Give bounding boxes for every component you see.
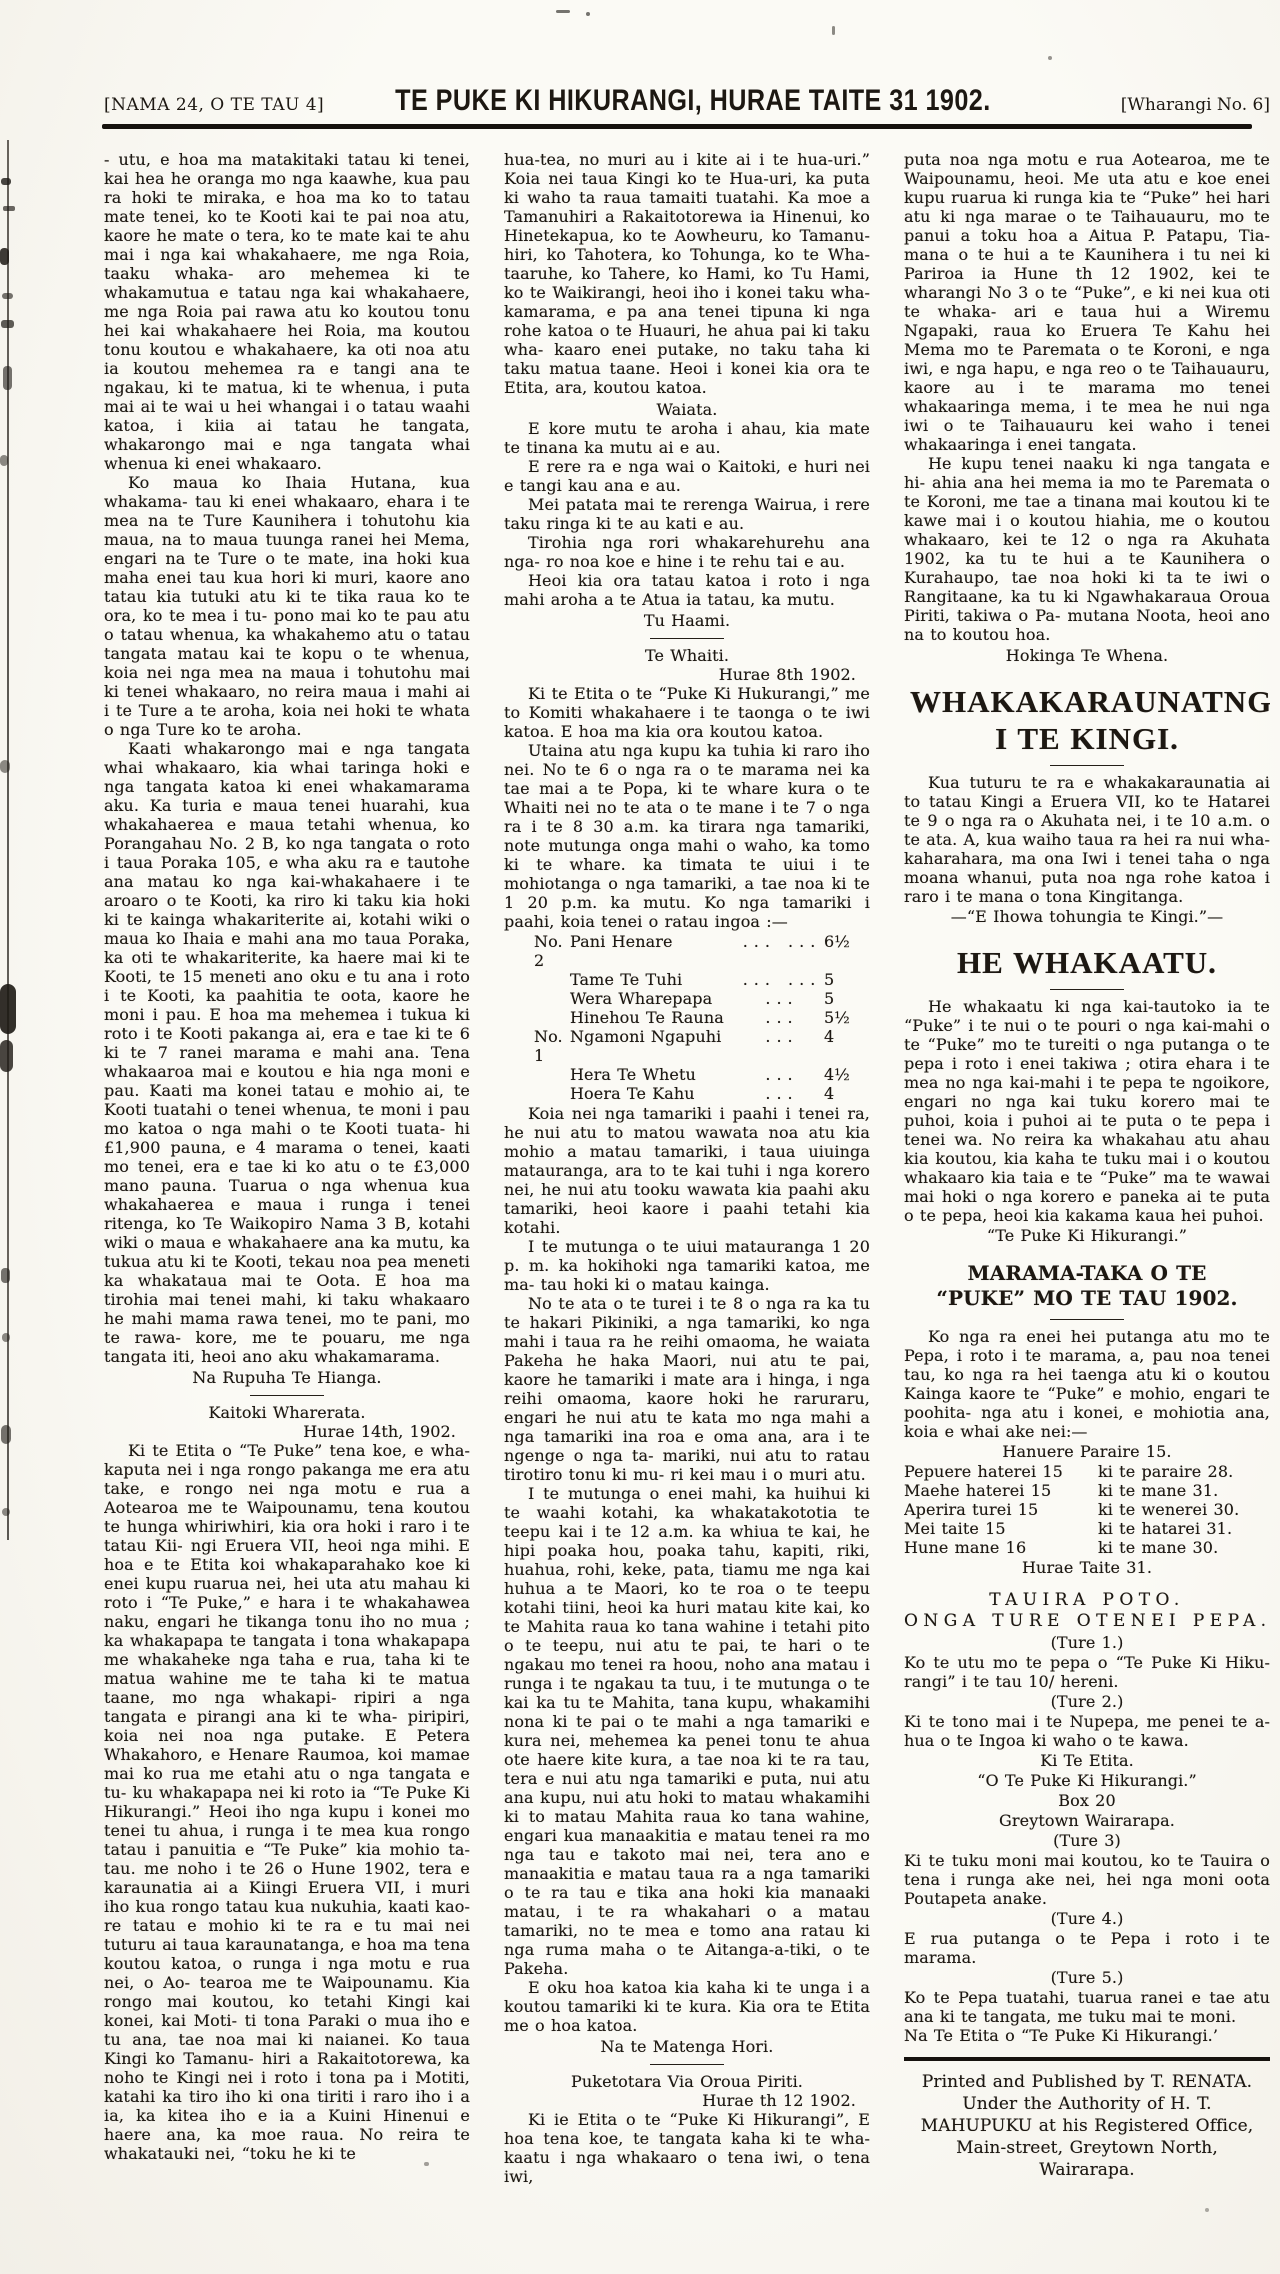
calendar-table: Pepuere haterei 15ki te paraire 28.Maehe…	[904, 1462, 1270, 1557]
score-score: 5	[824, 989, 870, 1008]
calendar-row: Aperira turei 15ki te wenerei 30.	[904, 1500, 1270, 1519]
column-3: puta noa nga motu e rua Aotearoa, me te …	[904, 150, 1270, 2200]
newspaper-title: TE PUKE KI HIKURANGI, HURAE TAITE 31 190…	[395, 84, 990, 118]
divider-rule	[250, 1395, 324, 1396]
score-dots: ...	[740, 1084, 824, 1103]
article-paragraph: Ki te Etita o te “Puke Ki Hukurangi,” me…	[504, 684, 870, 741]
imprint-rule	[904, 2057, 1270, 2061]
calendar-row: Pepuere haterei 15ki te paraire 28.	[904, 1462, 1270, 1481]
score-name: Hoera Te Kahu	[570, 1084, 740, 1103]
article-paragraph: - utu, e hoa ma matakitaki tatau ki tene…	[104, 150, 470, 473]
imprint: Printed and Published by T. RENATA. Unde…	[906, 2071, 1268, 2181]
page-number: [Wharangi No. 6]	[1060, 95, 1270, 115]
divider-rule	[1050, 989, 1124, 990]
divider-rule	[650, 2064, 724, 2065]
score-score: 4	[824, 1027, 870, 1046]
score-table: No. 2Pani Henare... ...6½Tame Te Tuhi...…	[512, 932, 870, 1103]
article-paragraph: puta noa nga motu e rua Aotearoa, me te …	[904, 150, 1270, 454]
article-heading: Waiata.	[504, 400, 870, 419]
scan-edge-line	[7, 140, 9, 1540]
score-name: Wera Wharepapa	[570, 989, 740, 1008]
calendar-left: Hune mane 16	[904, 1538, 1098, 1557]
score-no: No. 2	[512, 932, 570, 970]
article-paragraph: I te mutunga o te uiui matauranga 1 20 p…	[504, 1237, 870, 1294]
dateline: Hurae th 12 1902.	[504, 2091, 870, 2110]
byline: Na te Matenga Hori.	[504, 2037, 870, 2056]
score-score: 6½	[824, 932, 870, 951]
rule-label: (Ture 4.)	[904, 1909, 1270, 1928]
newspaper-page: [NAMA 24, O TE TAU 4] TE PUKE KI HIKURAN…	[0, 0, 1280, 2274]
score-name: Pani Henare	[570, 932, 740, 951]
dateline: Hurae 14th, 1902.	[104, 1422, 470, 1441]
issue-number: [NAMA 24, O TE TAU 4]	[104, 95, 334, 115]
scan-artifact	[1205, 2208, 1209, 2212]
score-dots: ... ...	[740, 970, 824, 989]
article-paragraph: Utaina atu nga kupu ka tuhia ki raro iho…	[504, 741, 870, 931]
column-2: hua-tea, no muri au i kite ai i te hua-u…	[504, 150, 870, 2200]
score-score: 4	[824, 1084, 870, 1103]
rule-label: (Ture 2.)	[904, 1692, 1270, 1711]
score-row: Hinehou Te Rauna...5½	[512, 1008, 870, 1027]
section-heading: ONGA TURE OTENEI PEPA.	[904, 1612, 1270, 1631]
rule-label: (Ture 1.)	[904, 1633, 1270, 1652]
calendar-right: ki te hatarei 31.	[1098, 1519, 1270, 1538]
article-paragraph: Mei patata mai te rerenga Wairua, i rere…	[504, 495, 870, 533]
calendar-row: Mei taite 15ki te hatarei 31.	[904, 1519, 1270, 1538]
article-paragraph: Kaati whakarongo mai e nga tangata whai …	[104, 739, 470, 1366]
scan-artifact	[832, 26, 835, 35]
newspaper-title-wrap: TE PUKE KI HIKURANGI, HURAE TAITE 31 190…	[334, 84, 1060, 118]
article-paragraph: Ki te tono mai i te Nupepa, me penei te …	[904, 1712, 1270, 1750]
article-columns: - utu, e hoa ma matakitaki tatau ki tene…	[104, 150, 1270, 2200]
calendar-left: Maehe haterei 15	[904, 1481, 1098, 1500]
article-paragraph: Ko nga ra enei hei putanga atu mo te Pep…	[904, 1327, 1270, 1441]
section-heading: TAUIRA POTO.	[904, 1591, 1270, 1610]
score-row: Tame Te Tuhi... ...5	[512, 970, 870, 989]
scan-artifact	[586, 12, 590, 16]
article-paragraph: Ko te Pepa tuatahi, tuarua ranei e tae a…	[904, 1988, 1270, 2026]
score-name: Hera Te Whetu	[570, 1065, 740, 1084]
score-dots: ... ...	[740, 932, 824, 951]
article-paragraph: E rua putanga o te Pepa i roto i te mara…	[904, 1929, 1270, 1967]
section-heading: MARAMA-TAKA O TE “PUKE” MO TE TAU 1902.	[930, 1261, 1244, 1311]
divider-rule	[1050, 765, 1124, 766]
score-dots: ...	[740, 1027, 824, 1046]
calendar-row: Maehe haterei 15ki te mane 31.	[904, 1481, 1270, 1500]
center-line: Ki Te Etita.	[904, 1751, 1270, 1770]
center-line: Hanuere Paraire 15.	[904, 1442, 1270, 1461]
article-paragraph: Ki te Etita o “Te Puke” tena koe, e wha-…	[104, 1441, 470, 2163]
article-heading: Te Whaiti.	[504, 646, 870, 665]
article-paragraph: Ko te utu mo te pepa o “Te Puke Ki Hiku-…	[904, 1653, 1270, 1691]
article-paragraph: He whakaatu ki nga kai-tautoko ia te “Pu…	[904, 997, 1270, 1225]
score-score: 4½	[824, 1065, 870, 1084]
article-paragraph: E rere ra e nga wai o Kaitoki, e huri ne…	[504, 457, 870, 495]
score-name: Ngamoni Ngapuhi	[570, 1027, 740, 1046]
section-heading: WHAKAKARAUNATNGA I TE KINGI.	[910, 683, 1264, 757]
score-dots: ...	[740, 1008, 824, 1027]
score-row: No. 2Pani Henare... ...6½	[512, 932, 870, 970]
byline: Hokinga Te Whena.	[904, 646, 1270, 665]
scan-artifact	[1048, 56, 1052, 60]
article-paragraph: Tirohia nga rori whakarehurehu ana nga- …	[504, 533, 870, 571]
center-line: Greytown Wairarapa.	[904, 1811, 1270, 1830]
article-paragraph: Ki te tuku moni mai koutou, ko te Tauira…	[904, 1851, 1270, 1908]
rule-label: (Ture 3)	[904, 1831, 1270, 1850]
article-paragraph: Ko maua ko Ihaia Hutana, kua whakama- ta…	[104, 473, 470, 739]
article-paragraph: Ki ie Etita o te “Puke Ki Hikurangi”, E …	[504, 2110, 870, 2186]
score-dots: ...	[740, 989, 824, 1008]
article-paragraph: Na Te Etita o “Te Puke Ki Hikurangi.’	[904, 2026, 1270, 2045]
divider-rule	[1050, 1319, 1124, 1320]
score-dots: ...	[740, 1065, 824, 1084]
center-line: “Te Puke Ki Hikurangi.”	[904, 1226, 1270, 1245]
article-paragraph: He kupu tenei naaku ki nga tangata e hi-…	[904, 454, 1270, 644]
article-paragraph: hua-tea, no muri au i kite ai i te hua-u…	[504, 150, 870, 397]
score-name: Hinehou Te Rauna	[570, 1008, 740, 1027]
calendar-left: Aperira turei 15	[904, 1500, 1098, 1519]
calendar-right: ki te paraire 28.	[1098, 1462, 1270, 1481]
calendar-right: ki te wenerei 30.	[1098, 1500, 1270, 1519]
article-paragraph: I te mutunga o enei mahi, ka huihui ki t…	[504, 1484, 870, 1978]
byline: Na Rupuha Te Hianga.	[104, 1368, 470, 1387]
score-row: No. 1Ngamoni Ngapuhi...4	[512, 1027, 870, 1065]
calendar-right: ki te mane 30.	[1098, 1538, 1270, 1557]
calendar-right: ki te mane 31.	[1098, 1481, 1270, 1500]
score-score: 5½	[824, 1008, 870, 1027]
divider-rule	[650, 638, 724, 639]
article-heading: Kaitoki Wharerata.	[104, 1403, 470, 1422]
article-paragraph: No te ata o te turei i te 8 o nga ra ka …	[504, 1294, 870, 1484]
center-line: “O Te Puke Ki Hikurangi.”	[904, 1771, 1270, 1790]
byline: Tu Haami.	[504, 611, 870, 630]
scan-artifact	[3, 206, 15, 211]
calendar-row: Hune mane 16ki te mane 30.	[904, 1538, 1270, 1557]
scan-artifact	[556, 10, 570, 13]
center-line: Hurae Taite 31.	[904, 1558, 1270, 1577]
column-1: - utu, e hoa ma matakitaki tatau ki tene…	[104, 150, 470, 2200]
scan-artifact	[1, 1425, 11, 1444]
masthead-rule	[102, 124, 1252, 129]
article-paragraph: Kua tuturu te ra e whakakaraunatia ai to…	[904, 773, 1270, 906]
calendar-left: Mei taite 15	[904, 1519, 1098, 1538]
score-row: Hoera Te Kahu...4	[512, 1084, 870, 1103]
dateline: Hurae 8th 1902.	[504, 665, 870, 684]
masthead: [NAMA 24, O TE TAU 4] TE PUKE KI HIKURAN…	[104, 84, 1270, 118]
article-paragraph: Heoi kia ora tatau katoa i roto i nga ma…	[504, 571, 870, 609]
article-paragraph: E oku hoa katoa kia kaha ki te unga i a …	[504, 1978, 870, 2035]
article-paragraph: E kore mutu te aroha i ahau, kia mate te…	[504, 419, 870, 457]
scan-artifact	[1, 178, 11, 185]
section-heading: HE WHAKAATU.	[910, 944, 1264, 981]
center-line: Box 20	[904, 1791, 1270, 1810]
article-heading: Puketotara Via Oroua Piriti.	[504, 2072, 870, 2091]
rule-label: (Ture 5.)	[904, 1968, 1270, 1987]
score-row: Wera Wharepapa...5	[512, 989, 870, 1008]
score-score: 5	[824, 970, 870, 989]
article-paragraph: Koia nei nga tamariki i paahi i tenei ra…	[504, 1104, 870, 1237]
score-no: No. 1	[512, 1027, 570, 1065]
center-line: —“E Ihowa tohungia te Kingi.”—	[904, 907, 1270, 926]
score-row: Hera Te Whetu...4½	[512, 1065, 870, 1084]
score-name: Tame Te Tuhi	[570, 970, 740, 989]
calendar-left: Pepuere haterei 15	[904, 1462, 1098, 1481]
